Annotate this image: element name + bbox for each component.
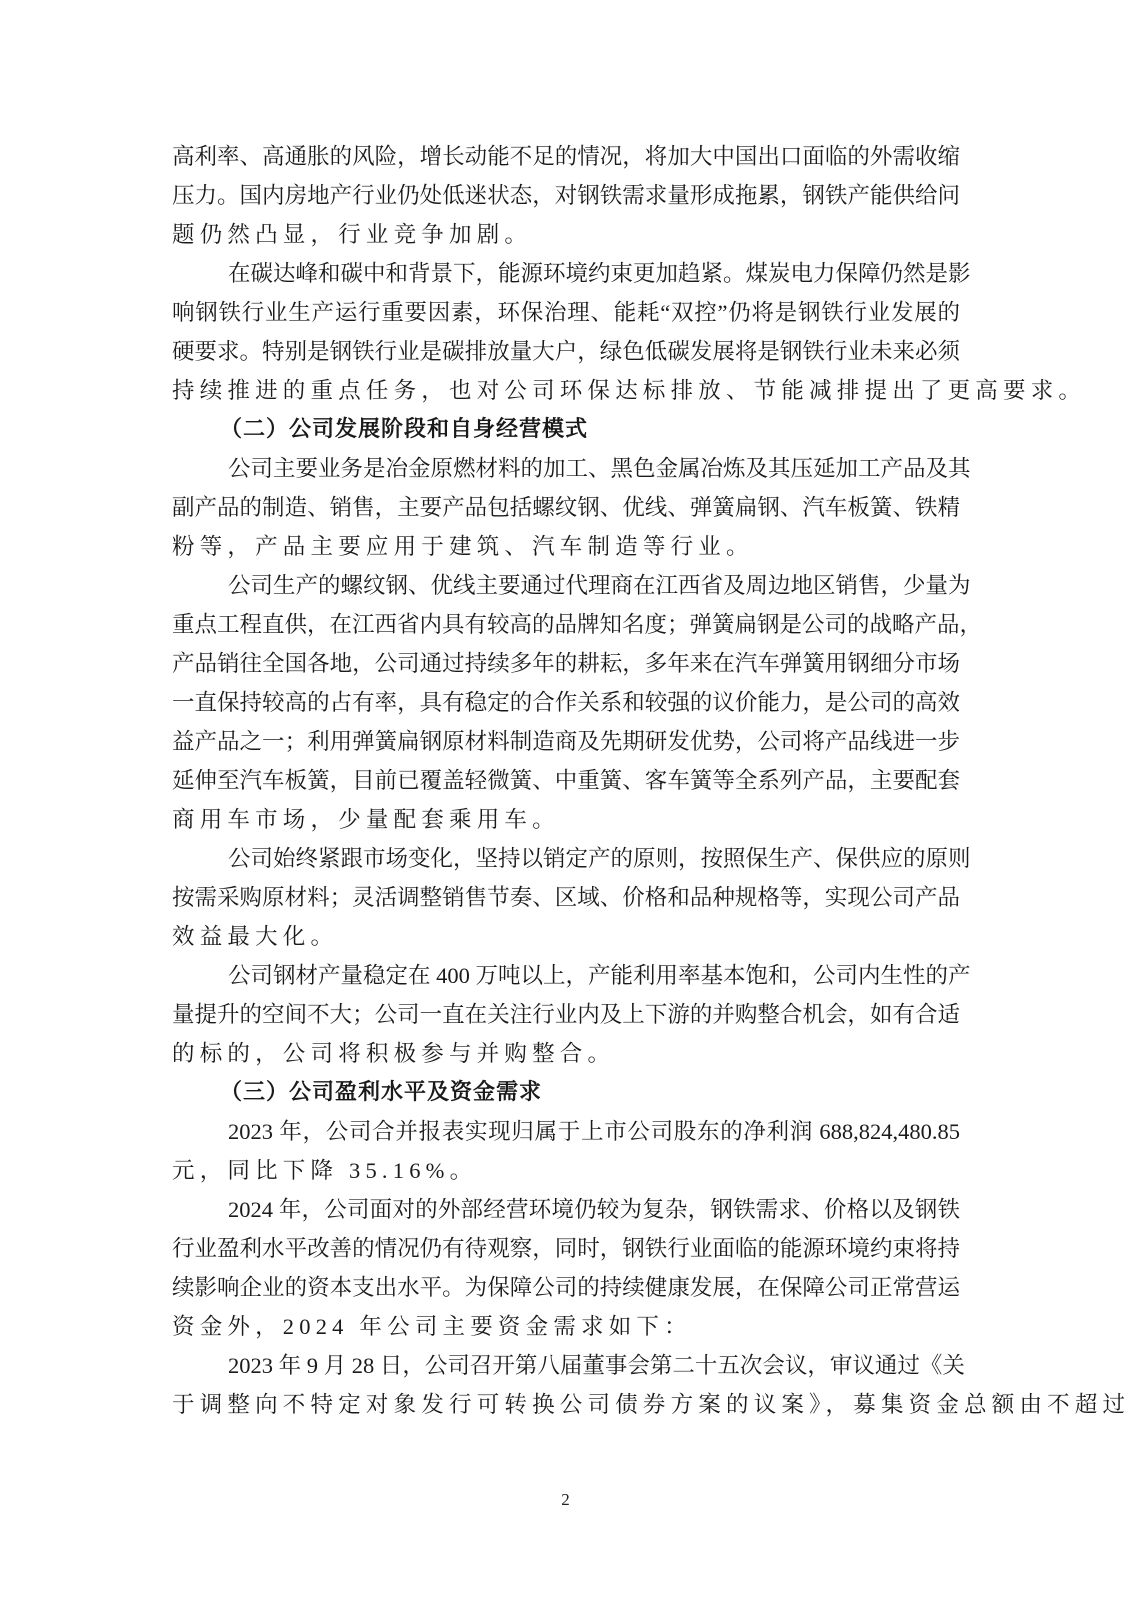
paragraph: 公司始终紧跟市场变化，坚持以销定产的原则，按照保生产、保供应的原则按需采购原材料… bbox=[172, 839, 960, 956]
paragraph: 公司主要业务是冶金原燃材料的加工、黑色金属冶炼及其压延加工产品及其副产品的制造、… bbox=[172, 449, 960, 566]
text-line: 压力。国内房地产行业仍处低迷状态，对钢铁需求量形成拖累，钢铁产能供给问 bbox=[172, 176, 960, 215]
section-heading: （三）公司盈利水平及资金需求 bbox=[172, 1073, 960, 1112]
text-line: 续影响企业的资本支出水平。为保障公司的持续健康发展，在保障公司正常营运 bbox=[172, 1268, 960, 1307]
text-line: 2023 年 9 月 28 日，公司召开第八届董事会第二十五次会议，审议通过《关 bbox=[172, 1346, 960, 1385]
text-line: 副产品的制造、销售，主要产品包括螺纹钢、优线、弹簧扁钢、汽车板簧、铁精 bbox=[172, 488, 960, 527]
text-line: 的标的，公司将积极参与并购整合。 bbox=[172, 1034, 960, 1073]
text-line: 元，同比下降 35.16%。 bbox=[172, 1151, 960, 1190]
text-line: 延伸至汽车板簧，目前已覆盖轻微簧、中重簧、客车簧等全系列产品，主要配套 bbox=[172, 761, 960, 800]
text-line: 商用车市场，少量配套乘用车。 bbox=[172, 800, 960, 839]
text-line: 资金外，2024 年公司主要资金需求如下： bbox=[172, 1307, 960, 1346]
text-line: 公司始终紧跟市场变化，坚持以销定产的原则，按照保生产、保供应的原则 bbox=[172, 839, 960, 878]
text-line: 行业盈利水平改善的情况仍有待观察，同时，钢铁行业面临的能源环境约束将持 bbox=[172, 1229, 960, 1268]
paragraph: 2024 年，公司面对的外部经营环境仍较为复杂，钢铁需求、价格以及钢铁行业盈利水… bbox=[172, 1190, 960, 1346]
text-line: 益产品之一；利用弹簧扁钢原材料制造商及先期研发优势，公司将产品线进一步 bbox=[172, 722, 960, 761]
text-line: 一直保持较高的占有率，具有稳定的合作关系和较强的议价能力，是公司的高效 bbox=[172, 683, 960, 722]
text-line: 公司主要业务是冶金原燃材料的加工、黑色金属冶炼及其压延加工产品及其 bbox=[172, 449, 960, 488]
text-line: 2024 年，公司面对的外部经营环境仍较为复杂，钢铁需求、价格以及钢铁 bbox=[172, 1190, 960, 1229]
text-line: 题仍然凸显，行业竞争加剧。 bbox=[172, 215, 960, 254]
section-heading: （二）公司发展阶段和自身经营模式 bbox=[172, 410, 960, 449]
paragraph: 高利率、高通胀的风险，增长动能不足的情况，将加大中国出口面临的外需收缩压力。国内… bbox=[172, 137, 960, 254]
text-line: 粉等，产品主要应用于建筑、汽车制造等行业。 bbox=[172, 527, 960, 566]
paragraph: 公司钢材产量稳定在 400 万吨以上，产能利用率基本饱和，公司内生性的产量提升的… bbox=[172, 956, 960, 1073]
text-line: 产品销往全国各地，公司通过持续多年的耕耘，多年来在汽车弹簧用钢细分市场 bbox=[172, 644, 960, 683]
page-number: 2 bbox=[0, 1490, 1131, 1510]
text-line: 高利率、高通胀的风险，增长动能不足的情况，将加大中国出口面临的外需收缩 bbox=[172, 137, 960, 176]
text-line: 按需采购原材料；灵活调整销售节奏、区域、价格和品种规格等，实现公司产品 bbox=[172, 878, 960, 917]
text-line: 硬要求。特别是钢铁行业是碳排放量大户，绿色低碳发展将是钢铁行业未来必须 bbox=[172, 332, 960, 371]
text-line: 于调整向不特定对象发行可转换公司债券方案的议案》，募集资金总额由不超过 bbox=[172, 1385, 960, 1424]
text-line: 量提升的空间不大；公司一直在关注行业内及上下游的并购整合机会，如有合适 bbox=[172, 995, 960, 1034]
paragraph: 2023 年，公司合并报表实现归属于上市公司股东的净利润 688,824,480… bbox=[172, 1112, 960, 1190]
text-line: 效益最大化。 bbox=[172, 917, 960, 956]
text-line: 2023 年，公司合并报表实现归属于上市公司股东的净利润 688,824,480… bbox=[172, 1112, 960, 1151]
paragraph: 公司生产的螺纹钢、优线主要通过代理商在江西省及周边地区销售，少量为重点工程直供，… bbox=[172, 566, 960, 839]
text-line: 持续推进的重点任务，也对公司环保达标排放、节能减排提出了更高要求。 bbox=[172, 371, 960, 410]
text-line: 在碳达峰和碳中和背景下，能源环境约束更加趋紧。煤炭电力保障仍然是影 bbox=[172, 254, 960, 293]
text-line: 公司钢材产量稳定在 400 万吨以上，产能利用率基本饱和，公司内生性的产 bbox=[172, 956, 960, 995]
paragraph: 2023 年 9 月 28 日，公司召开第八届董事会第二十五次会议，审议通过《关… bbox=[172, 1346, 960, 1424]
text-line: 响钢铁行业生产运行重要因素，环保治理、能耗“双控”仍将是钢铁行业发展的 bbox=[172, 293, 960, 332]
paragraph: 在碳达峰和碳中和背景下，能源环境约束更加趋紧。煤炭电力保障仍然是影响钢铁行业生产… bbox=[172, 254, 960, 410]
document-body: 高利率、高通胀的风险，增长动能不足的情况，将加大中国出口面临的外需收缩压力。国内… bbox=[172, 137, 960, 1424]
text-line: 公司生产的螺纹钢、优线主要通过代理商在江西省及周边地区销售，少量为 bbox=[172, 566, 960, 605]
text-line: 重点工程直供，在江西省内具有较高的品牌知名度；弹簧扁钢是公司的战略产品， bbox=[172, 605, 960, 644]
